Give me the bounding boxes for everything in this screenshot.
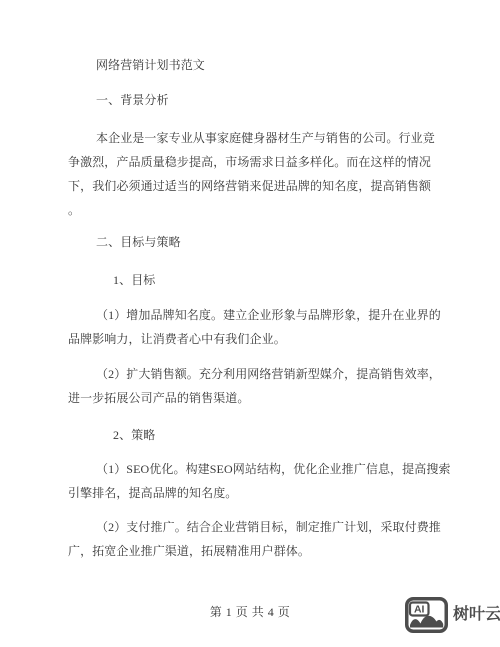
paragraph-line: （1）增加品牌知名度。建立企业形象与品牌形象，提升在业界的 [68,303,432,327]
paragraph-line: 本企业是一家专业从事家庭健身器材生产与销售的公司。行业竞 [68,126,432,150]
watermark-logo-text: AI [414,604,425,616]
subheading-strategy: 2、策略 [68,423,432,447]
watermark-brand-text: 树叶云 [453,597,500,633]
paragraph-line: （2）扩大销售额。充分利用网络营销新型媒介，提高销售效率， [68,362,432,386]
paragraph-line: 。 [68,198,432,222]
paragraph-strategy-2: （2）支付推广。结合企业营销目标，制定推广计划，采取付费推 广，拓宽企业推广渠道… [68,515,432,563]
paragraph-line: 广，拓宽企业推广渠道，拓展精准用户群体。 [68,539,432,563]
paragraph-line: 品牌影响力，让消费者心中有我们企业。 [68,327,432,351]
paragraph-line: 下，我们必须通过适当的网络营销来促进品牌的知名度，提高销售额 [68,174,432,198]
paragraph-goal-1: （1）增加品牌知名度。建立企业形象与品牌形象，提升在业界的 品牌影响力，让消费者… [68,303,432,351]
paragraph-strategy-1: （1）SEO优化。构建SEO网站结构，优化企业推广信息，提高搜索 引擎排名，提高… [68,457,432,505]
document-page: 网络营销计划书范文 一、背景分析 本企业是一家专业从事家庭健身器材生产与销售的公… [0,0,500,647]
section-heading-background: 一、背景分析 [68,88,432,112]
watermark: AI 树叶云 [405,597,500,633]
paragraph-line: 引擎排名，提高品牌的知名度。 [68,481,432,505]
paragraph-background: 本企业是一家专业从事家庭健身器材生产与销售的公司。行业竞 争激烈，产品质量稳步提… [68,126,432,222]
paragraph-line: 进一步拓展公司产品的销售渠道。 [68,386,432,410]
document-title: 网络营销计划书范文 [68,53,432,77]
paragraph-goal-2: （2）扩大销售额。充分利用网络营销新型媒介，提高销售效率， 进一步拓展公司产品的… [68,362,432,410]
paragraph-line: 争激烈，产品质量稳步提高，市场需求日益多样化。而在这样的情况 [68,150,432,174]
section-heading-goals-strategy: 二、目标与策略 [68,230,432,254]
subheading-goal: 1、目标 [68,268,432,292]
paragraph-line: （2）支付推广。结合企业营销目标，制定推广计划，采取付费推 [68,515,432,539]
paragraph-line: （1）SEO优化。构建SEO网站结构，优化企业推广信息，提高搜索 [68,457,432,481]
document-content: 网络营销计划书范文 一、背景分析 本企业是一家专业从事家庭健身器材生产与销售的公… [68,0,432,624]
page-number-footer: 第 1 页 共 4 页 [68,600,432,624]
ai-image-logo-icon: AI [405,597,448,633]
